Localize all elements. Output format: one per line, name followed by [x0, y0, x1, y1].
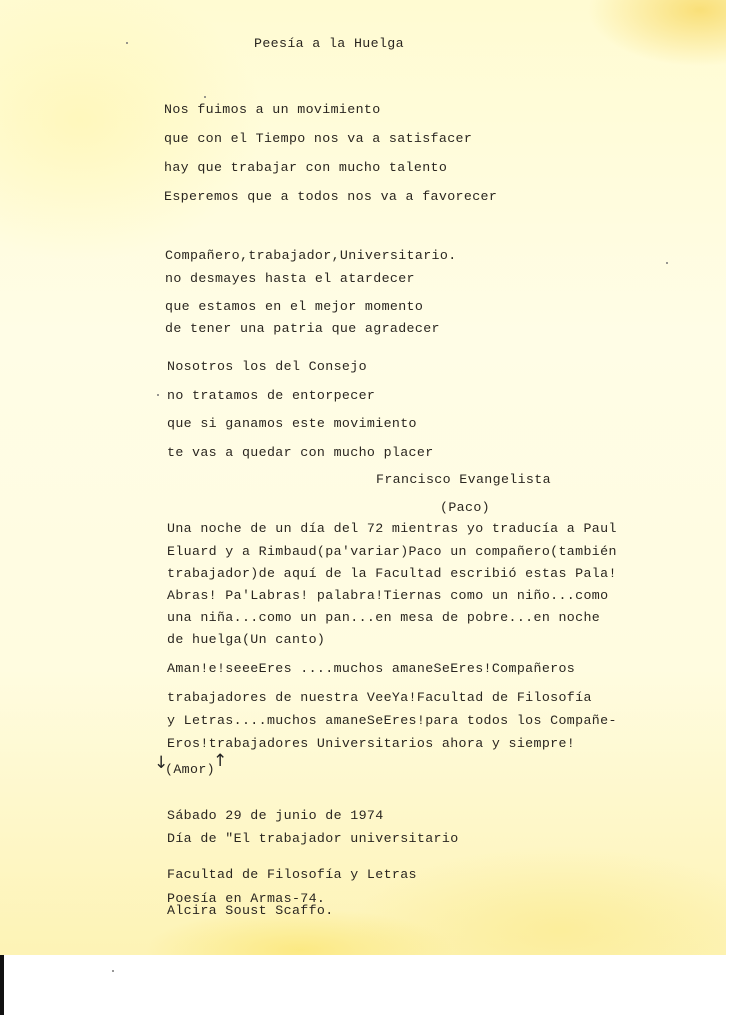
- prose1-line4: Abras! Pa'Labras! palabra!Tiernas como u…: [167, 588, 608, 604]
- ink-speck: [204, 96, 206, 98]
- ink-speck: [126, 42, 128, 44]
- stanza1-line3: hay que trabajar con mucho talento: [164, 160, 447, 176]
- author-nickname: (Paco): [440, 500, 490, 516]
- typewritten-page: Peesía a la Huelga Nos fuimos a un movim…: [0, 0, 726, 955]
- prose1-line6: de huelga(Un canto): [167, 632, 325, 648]
- stanza1-line2: que con el Tiempo nos va a satisfacer: [164, 131, 472, 147]
- prose1-line3: trabajador)de aquí de la Facultad escrib…: [167, 566, 617, 582]
- prose2-line1: Aman!e!seeeEres ....muchos amaneSeEres!C…: [167, 661, 575, 677]
- faculty-line: Facultad de Filosofía y Letras: [167, 867, 417, 883]
- arrow-up-icon: ↑: [213, 751, 227, 771]
- stanza1-line1: Nos fuimos a un movimiento: [164, 102, 381, 118]
- day-line: Día de "El trabajador universitario: [167, 831, 459, 847]
- prose2-line3: y Letras....muchos amaneSeEres!para todo…: [167, 713, 617, 729]
- signature-line: Alcira Soust Scaffo.: [167, 905, 334, 917]
- stanza1-line4: Esperemos que a todos nos va a favorecer: [164, 189, 497, 205]
- stanza2-line3: que estamos en el mejor momento: [165, 299, 423, 315]
- date-line: Sábado 29 de junio de 1974: [167, 808, 384, 824]
- stanza3-line3: que si ganamos este movimiento: [167, 416, 417, 432]
- stanza2-line4: de tener una patria que agradecer: [165, 321, 440, 337]
- stanza3-line4: te vas a quedar con mucho placer: [167, 445, 434, 461]
- scan-edge-strip: [0, 955, 4, 1015]
- stanza2-line2: no desmayes hasta el atardecer: [165, 271, 415, 287]
- prose1-line2: Eluard y a Rimbaud(pa'variar)Paco un com…: [167, 544, 617, 560]
- stanza3-line2: no tratamos de entorpecer: [167, 388, 375, 404]
- stanza2-line1: Compañero,trabajador,Universitario.: [165, 248, 457, 264]
- author-name: Francisco Evangelista: [376, 472, 551, 488]
- prose1-line5: una niña...como un pan...en mesa de pobr…: [167, 610, 600, 626]
- prose2-line4: Eros!trabajadores Universitarios ahora y…: [167, 736, 575, 752]
- prose1-line1: Una noche de un día del 72 mientras yo t…: [167, 521, 617, 537]
- prose2-line2: trabajadores de nuestra VeeYa!Facultad d…: [167, 690, 592, 706]
- poem-title: Peesía a la Huelga: [254, 36, 404, 52]
- ink-speck: [666, 262, 668, 264]
- scan-speck: [112, 970, 114, 972]
- amor-note: (Amor): [165, 762, 215, 778]
- ink-speck: [157, 394, 159, 396]
- stanza3-line1: Nosotros los del Consejo: [167, 359, 367, 375]
